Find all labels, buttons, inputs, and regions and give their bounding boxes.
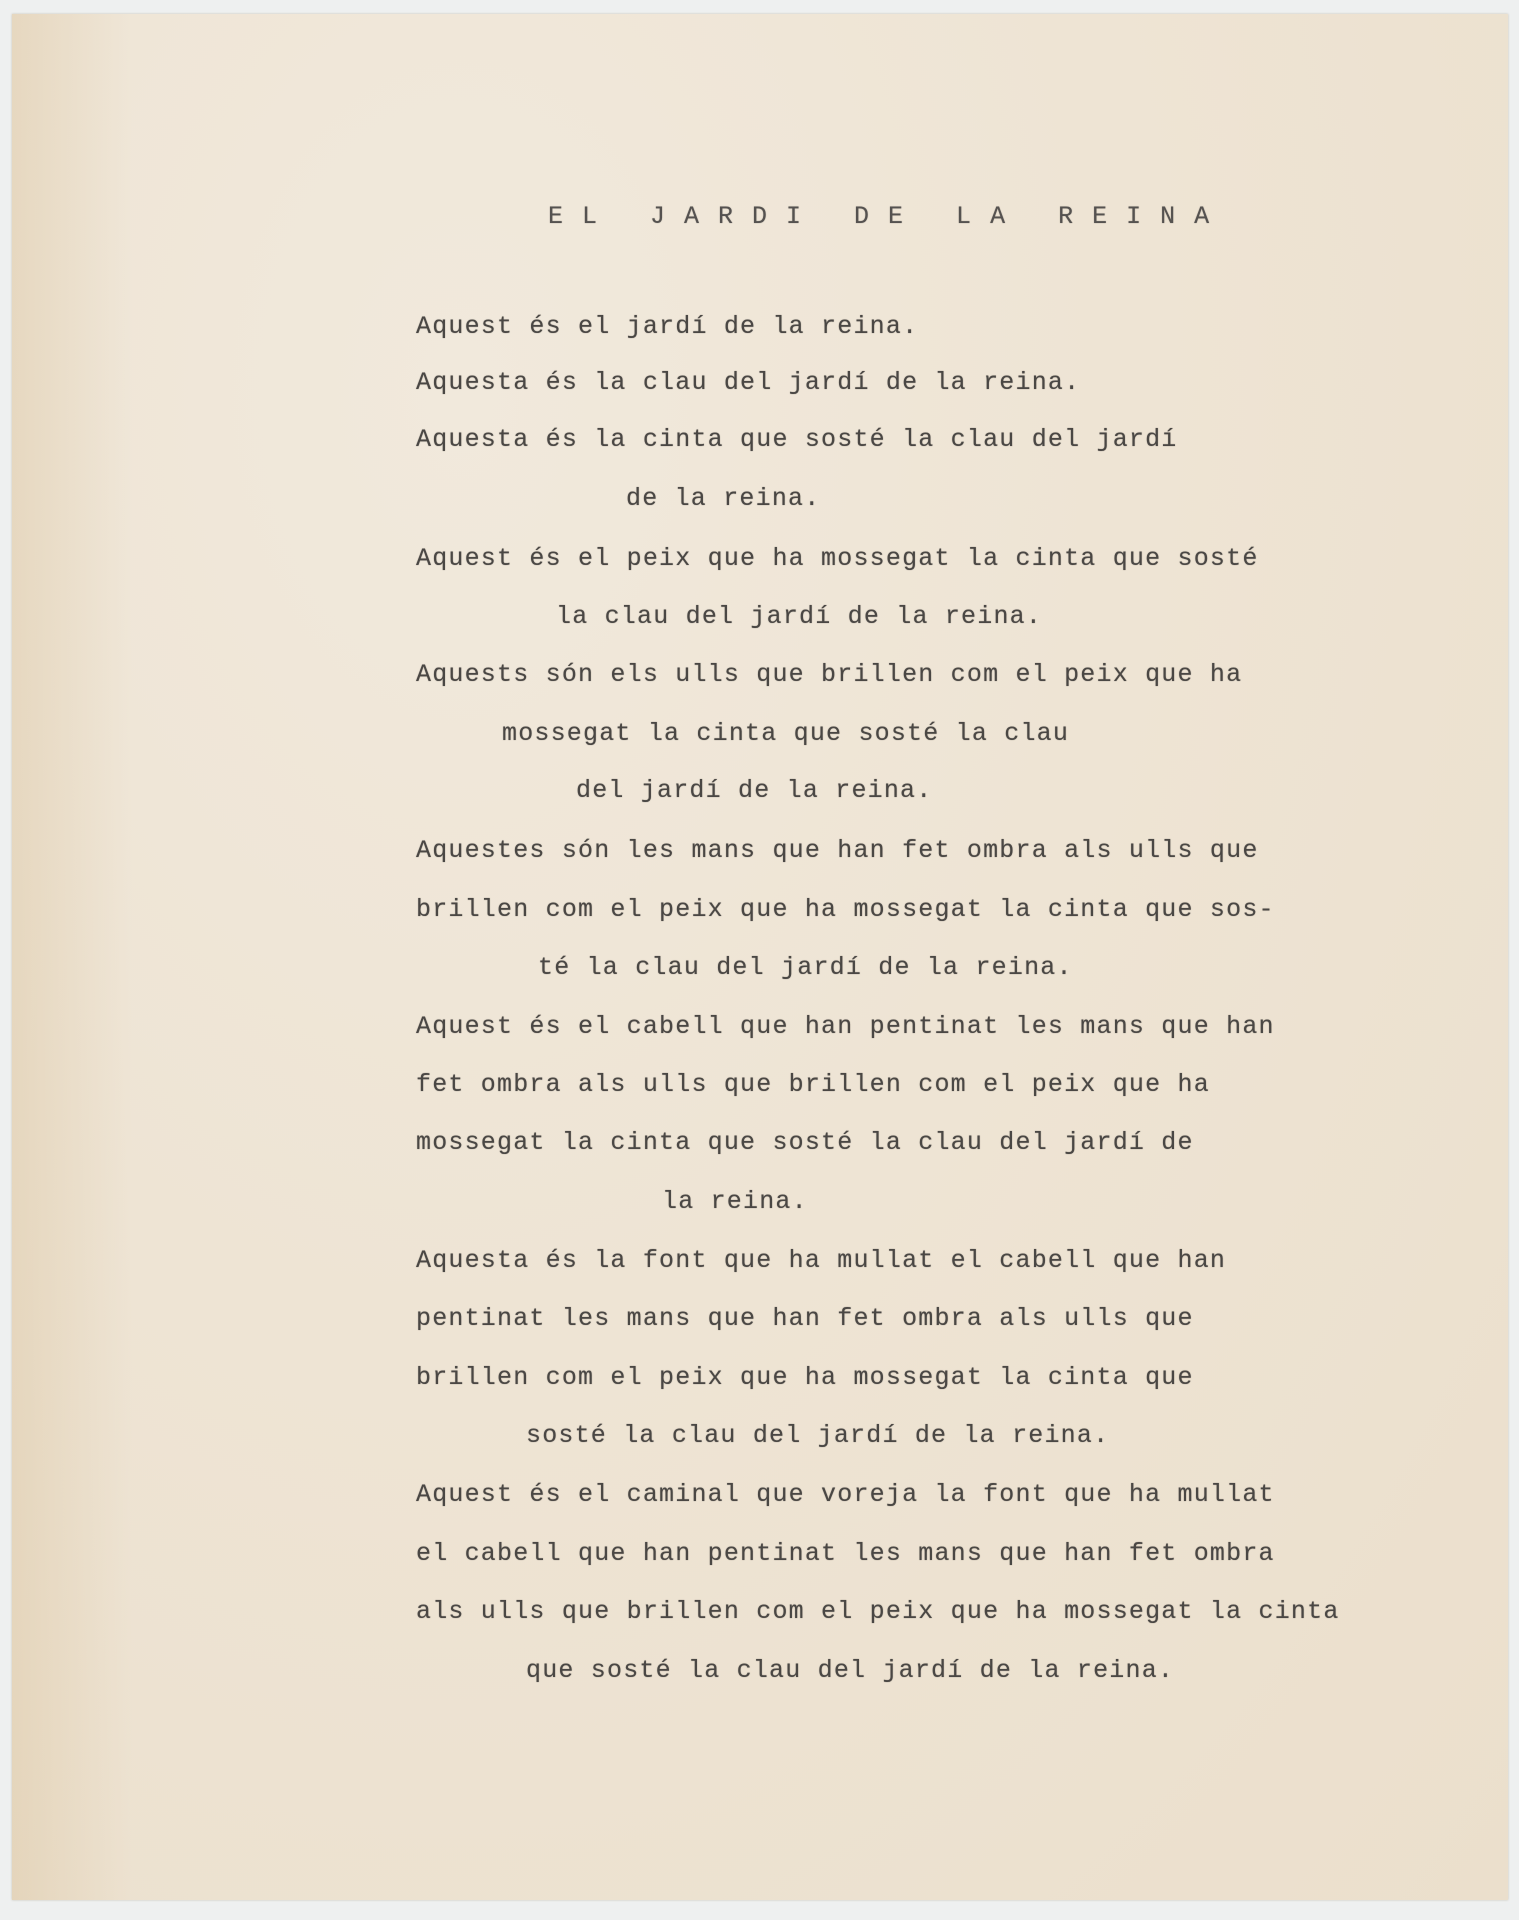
poem-line: el cabell que han pentinat les mans que … [416,1539,1275,1568]
poem-line: sosté la clau del jardí de la reina. [526,1421,1109,1450]
poem-line: té la clau del jardí de la reina. [538,953,1073,982]
poem-line: Aquests són els ulls que brillen com el … [416,660,1242,689]
poem-line: fet ombra als ulls que brillen com el pe… [416,1070,1210,1099]
poem-line: brillen com el peix que ha mossegat la c… [416,895,1275,924]
poem-line: als ulls que brillen com el peix que ha … [416,1597,1340,1626]
poem-line: la clau del jardí de la reina. [556,602,1042,631]
poem-line: Aquesta és la clau del jardí de la reina… [416,368,1080,397]
poem-line: pentinat les mans que han fet ombra als … [416,1304,1194,1333]
poem-line: Aquesta és la font que ha mullat el cabe… [416,1246,1226,1275]
poem-line: Aquest és el peix que ha mossegat la cin… [416,544,1259,573]
poem-line: mossegat la cinta que sosté la clau [502,719,1069,748]
poem-line: Aquesta és la cinta que sosté la clau de… [416,425,1178,454]
poem-line: Aquest és el jardí de la reina. [416,312,918,341]
poem-line: la reina. [662,1187,808,1216]
poem-line: brillen com el peix que ha mossegat la c… [416,1363,1194,1392]
poem-title: E L J A R D I D E L A R E I N A [548,202,1211,231]
poem-line: de la reina. [626,484,820,513]
poem-line: del jardí de la reina. [576,776,932,805]
poem-line: Aquestes són les mans que han fet ombra … [416,836,1259,865]
poem-line: Aquest és el caminal que voreja la font … [416,1480,1275,1509]
poem-line: que sosté la clau del jardí de la reina. [526,1656,1174,1685]
poem-line: Aquest és el cabell que han pentinat les… [416,1012,1275,1041]
poem-line: mossegat la cinta que sosté la clau del … [416,1128,1194,1157]
